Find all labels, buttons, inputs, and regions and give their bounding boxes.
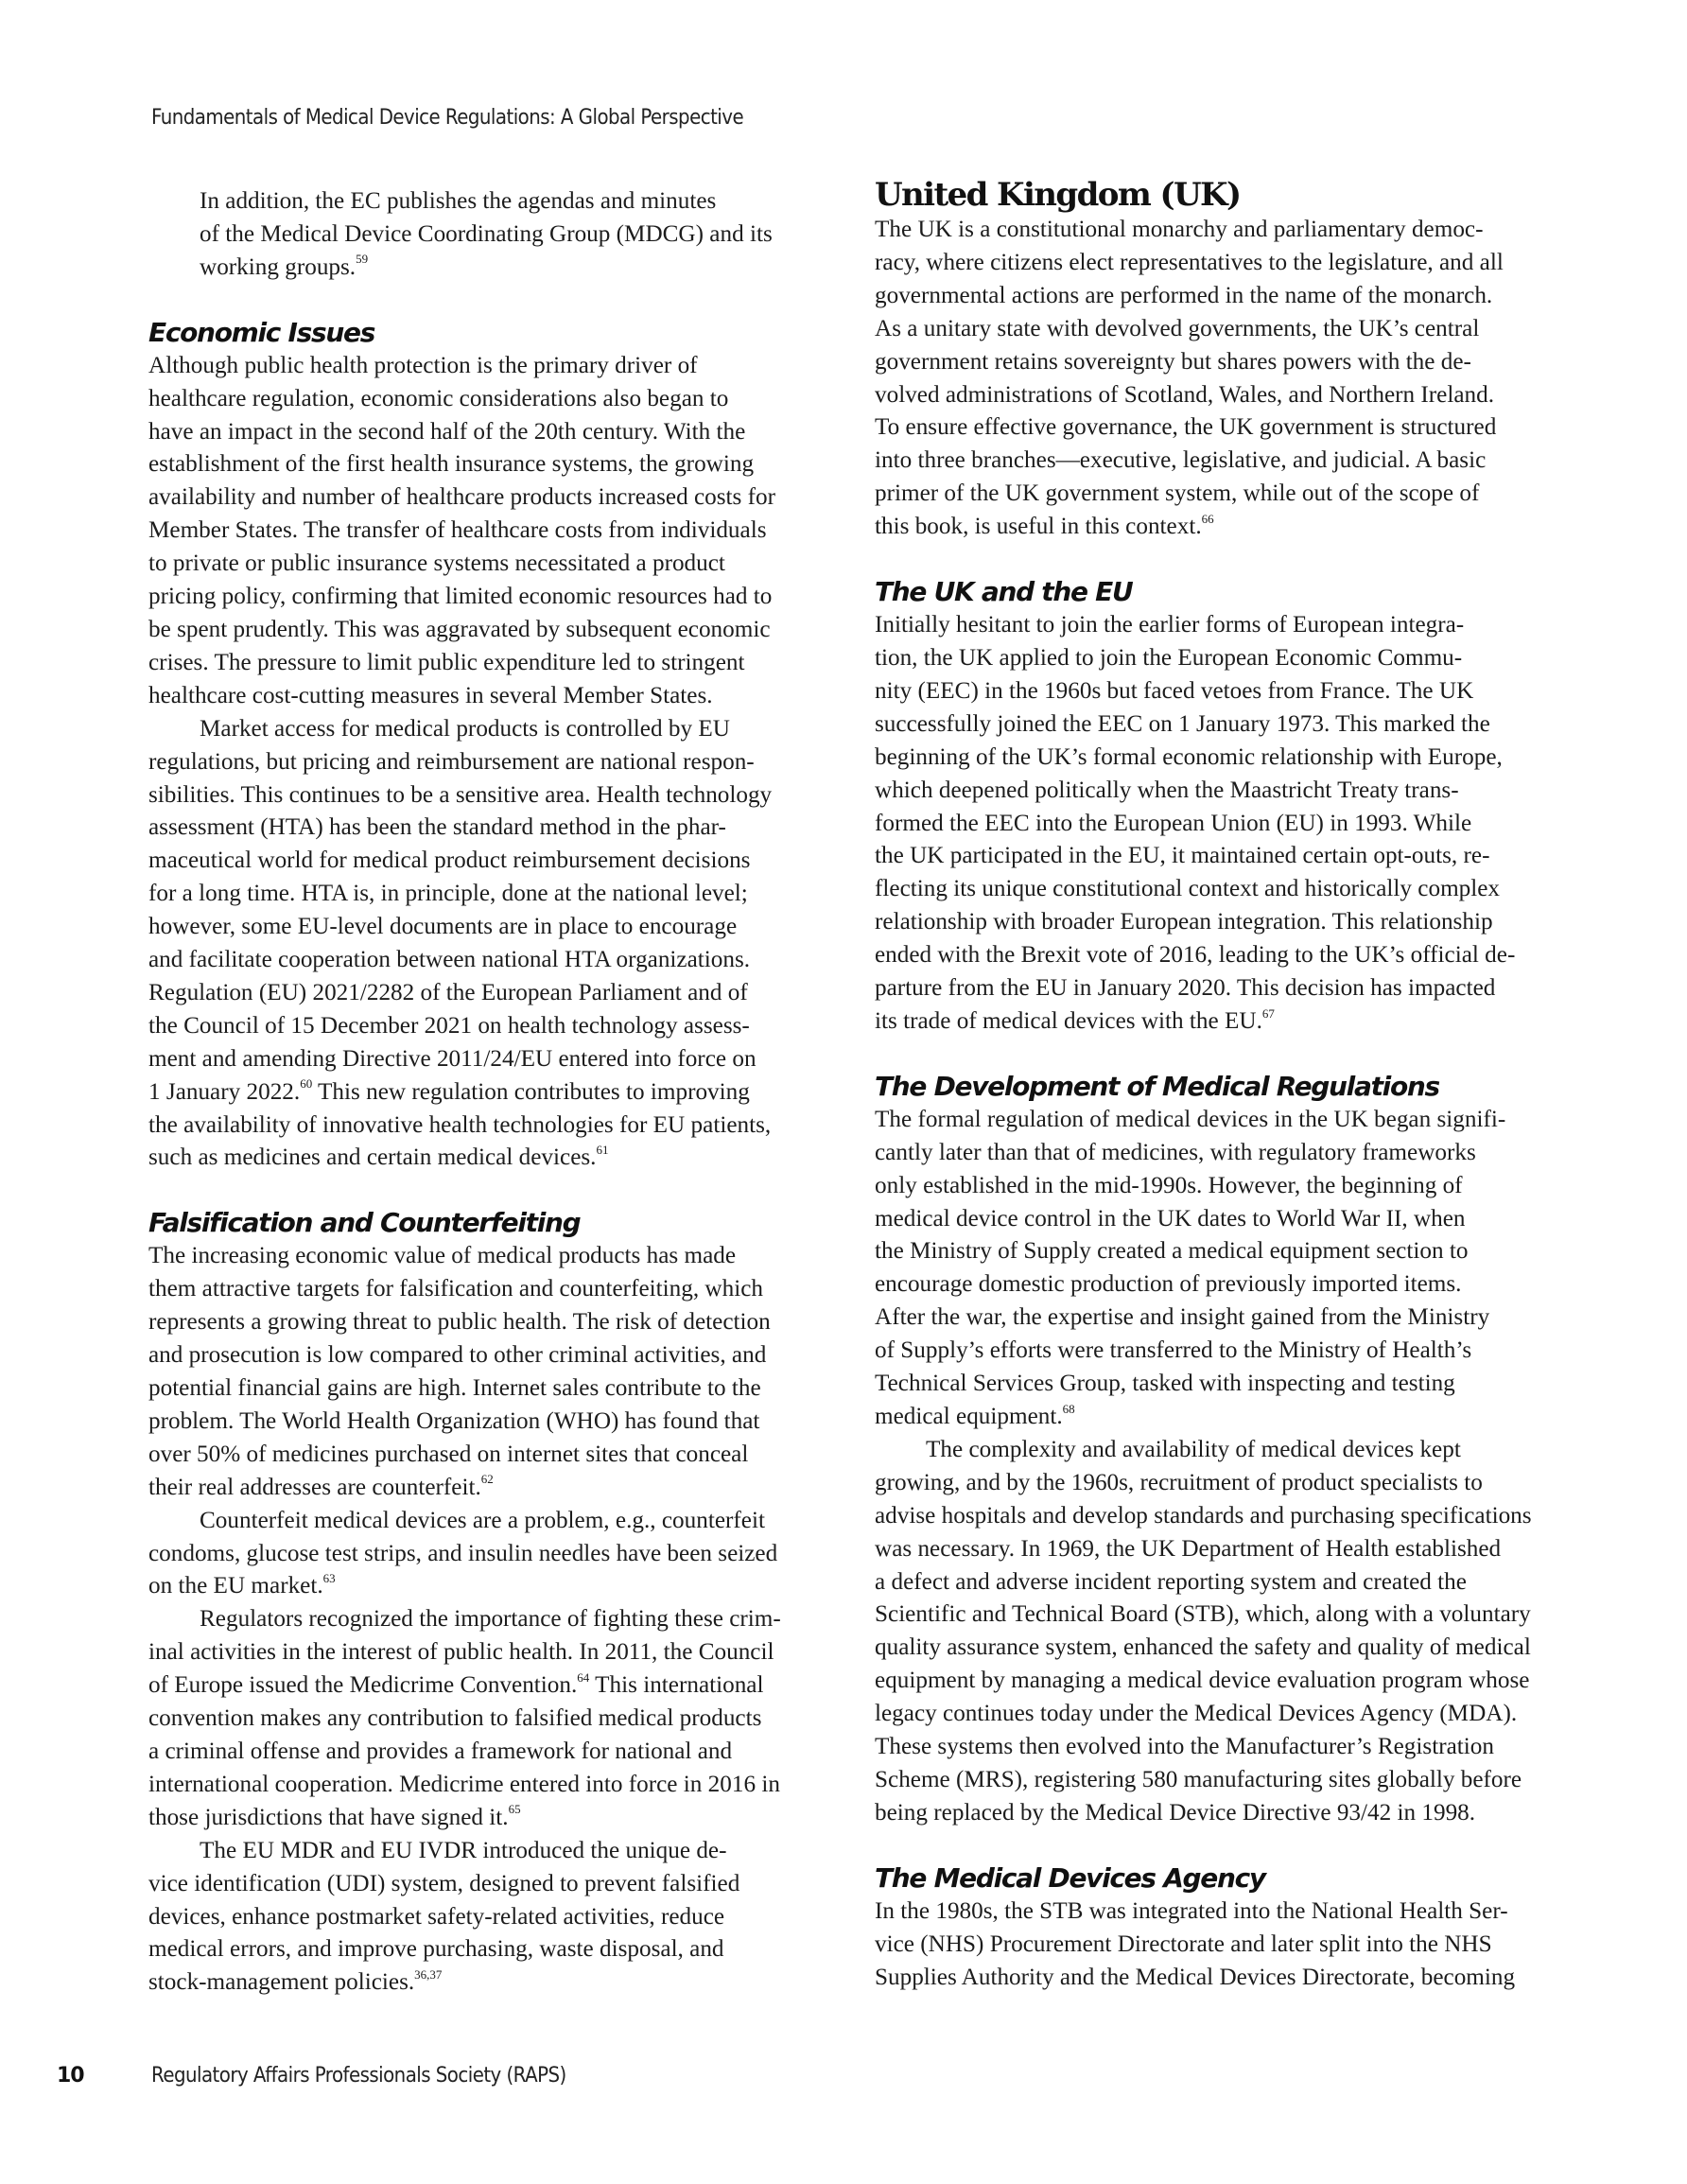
publisher-name: Regulatory Affairs Professionals Society… bbox=[151, 2064, 566, 2088]
footnote-ref[interactable]: 59 bbox=[356, 252, 368, 266]
section-heading-development: The Development of Medical Regulations bbox=[875, 1070, 1548, 1104]
section-heading-economic-issues: Economic Issues bbox=[148, 316, 822, 350]
uk-paragraph: The UK is a constitutional monarchy and … bbox=[875, 214, 1548, 544]
footnote-ref[interactable]: 66 bbox=[1202, 512, 1214, 526]
falsification-paragraph-3: Regulators recognized the importance of … bbox=[148, 1603, 822, 1834]
footnote-ref[interactable]: 63 bbox=[323, 1571, 336, 1585]
development-paragraph-2: The complexity and availability of medic… bbox=[875, 1434, 1548, 1830]
footnote-ref[interactable]: 61 bbox=[596, 1143, 608, 1157]
page-footer: 10 Regulatory Affairs Professionals Soci… bbox=[0, 2064, 1687, 2102]
left-column: In addition, the EC publishes the agenda… bbox=[148, 185, 822, 2000]
page-number: 10 bbox=[57, 2064, 84, 2088]
falsification-paragraph-2: Counterfeit medical devices are a proble… bbox=[148, 1505, 822, 1604]
development-paragraph-1: The formal regulation of medical devices… bbox=[875, 1104, 1548, 1434]
footnote-ref[interactable]: 67 bbox=[1262, 1006, 1275, 1021]
section-heading-medical-devices-agency: The Medical Devices Agency bbox=[875, 1861, 1548, 1896]
footnote-ref[interactable]: 65 bbox=[509, 1802, 521, 1816]
running-header: Fundamentals of Medical Device Regulatio… bbox=[151, 106, 743, 130]
section-heading-falsification: Falsification and Counterfeiting bbox=[148, 1206, 822, 1240]
footnote-ref[interactable]: 62 bbox=[481, 1472, 494, 1486]
economic-issues-paragraph-1: Although public health protection is the… bbox=[148, 350, 822, 713]
footnote-ref[interactable]: 64 bbox=[577, 1670, 589, 1685]
falsification-paragraph-4: The EU MDR and EU IVDR introduced the un… bbox=[148, 1835, 822, 2001]
section-heading-united-kingdom: United Kingdom (UK) bbox=[875, 176, 1548, 214]
falsification-paragraph-1: The increasing economic value of medical… bbox=[148, 1240, 822, 1504]
intro-paragraph: In addition, the EC publishes the agenda… bbox=[148, 185, 822, 285]
footnote-ref[interactable]: 68 bbox=[1063, 1402, 1075, 1416]
right-column: United Kingdom (UK) The UK is a constitu… bbox=[875, 176, 1548, 1995]
uk-eu-paragraph: Initially hesitant to join the earlier f… bbox=[875, 609, 1548, 1039]
economic-issues-paragraph-2: Market access for medical products is co… bbox=[148, 713, 822, 1176]
footnote-ref[interactable]: 36,37 bbox=[414, 1967, 442, 1982]
section-heading-uk-and-eu: The UK and the EU bbox=[875, 575, 1548, 609]
mda-paragraph: In the 1980s, the STB was integrated int… bbox=[875, 1896, 1548, 1995]
footnote-ref[interactable]: 60 bbox=[300, 1076, 312, 1091]
